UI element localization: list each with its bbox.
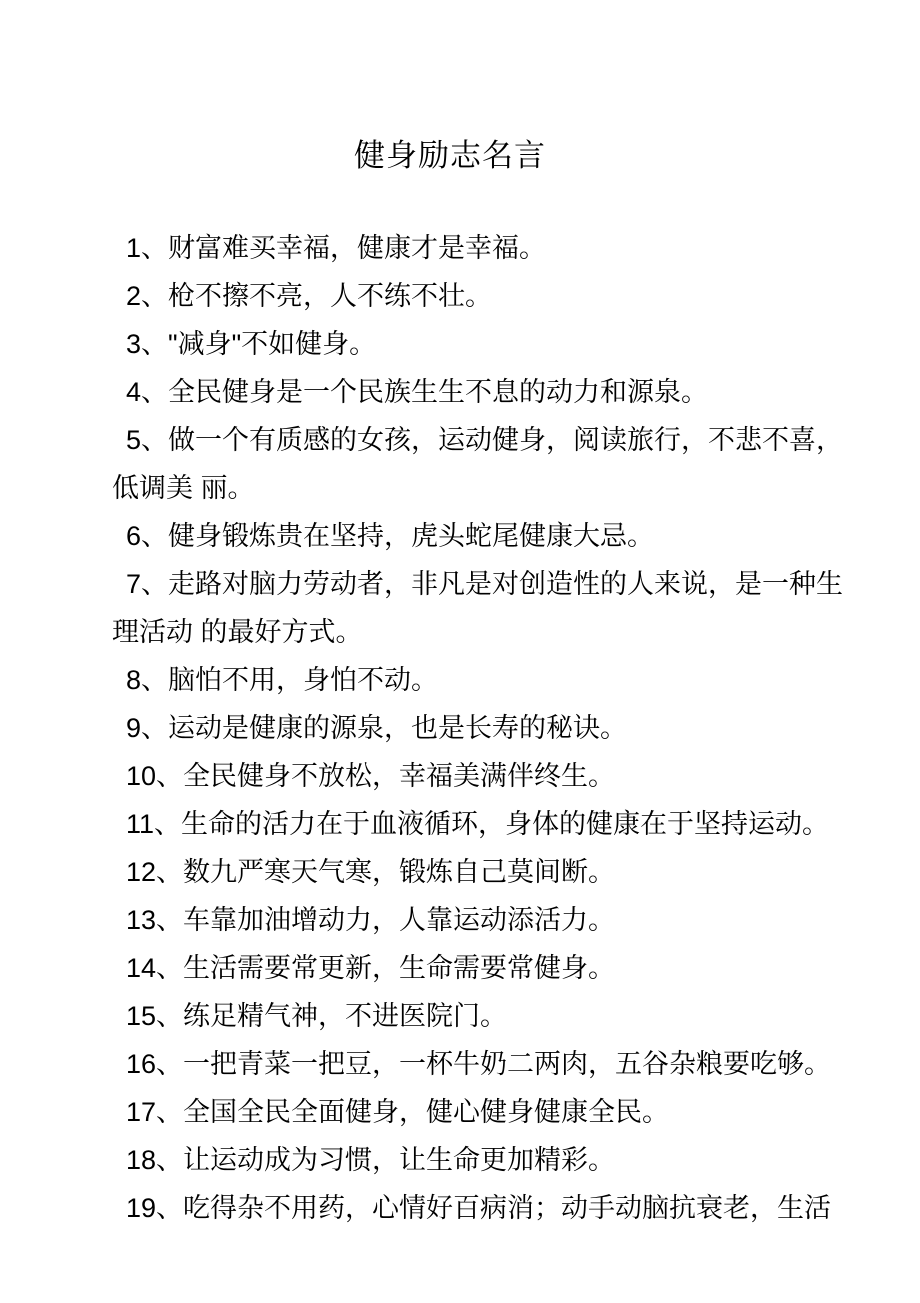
page-title: 健身励志名言 <box>0 132 900 180</box>
quote-7-line-2: 理活动 的最好方式。 <box>112 608 860 656</box>
quote-19: 19、吃得杂不用药，心情好百病消；动手动脑抗衰老，生活 <box>112 1184 860 1232</box>
quote-9: 9、运动是健康的源泉，也是长寿的秘诀。 <box>112 704 860 752</box>
quote-2: 2、枪不擦不亮，人不练不壮。 <box>112 272 860 320</box>
quote-7-line-1: 7、走路对脑力劳动者，非凡是对创造性的人来说，是一种生 <box>112 560 860 608</box>
quote-4: 4、全民健身是一个民族生生不息的动力和源泉。 <box>112 368 860 416</box>
quote-6: 6、健身锻炼贵在坚持，虎头蛇尾健康大忌。 <box>112 512 860 560</box>
quote-10: 10、全民健身不放松，幸福美满伴终生。 <box>112 752 860 800</box>
quote-1: 1、财富难买幸福，健康才是幸福。 <box>112 224 860 272</box>
quote-list: 1、财富难买幸福，健康才是幸福。 2、枪不擦不亮，人不练不壮。 3、"减身"不如… <box>0 224 920 1232</box>
quote-16: 16、一把青菜一把豆，一杯牛奶二两肉，五谷杂粮要吃够。 <box>112 1040 860 1088</box>
quote-8: 8、脑怕不用，身怕不动。 <box>112 656 860 704</box>
quote-14: 14、生活需要常更新，生命需要常健身。 <box>112 944 860 992</box>
quote-18: 18、让运动成为习惯，让生命更加精彩。 <box>112 1136 860 1184</box>
quote-11: 11、生命的活力在于血液循环，身体的健康在于坚持运动。 <box>112 800 860 848</box>
quote-17: 17、全国全民全面健身，健心健身健康全民。 <box>112 1088 860 1136</box>
quote-13: 13、车靠加油增动力，人靠运动添活力。 <box>112 896 860 944</box>
quote-5-line-1: 5、做一个有质感的女孩，运动健身，阅读旅行，不悲不喜， <box>112 416 860 464</box>
quote-3: 3、"减身"不如健身。 <box>112 320 860 368</box>
quote-5-line-2: 低调美 丽。 <box>112 464 860 512</box>
quote-15: 15、练足精气神，不进医院门。 <box>112 992 860 1040</box>
quote-12: 12、数九严寒天气寒，锻炼自己莫间断。 <box>112 848 860 896</box>
document-page: 健身励志名言 1、财富难买幸福，健康才是幸福。 2、枪不擦不亮，人不练不壮。 3… <box>0 0 920 1303</box>
